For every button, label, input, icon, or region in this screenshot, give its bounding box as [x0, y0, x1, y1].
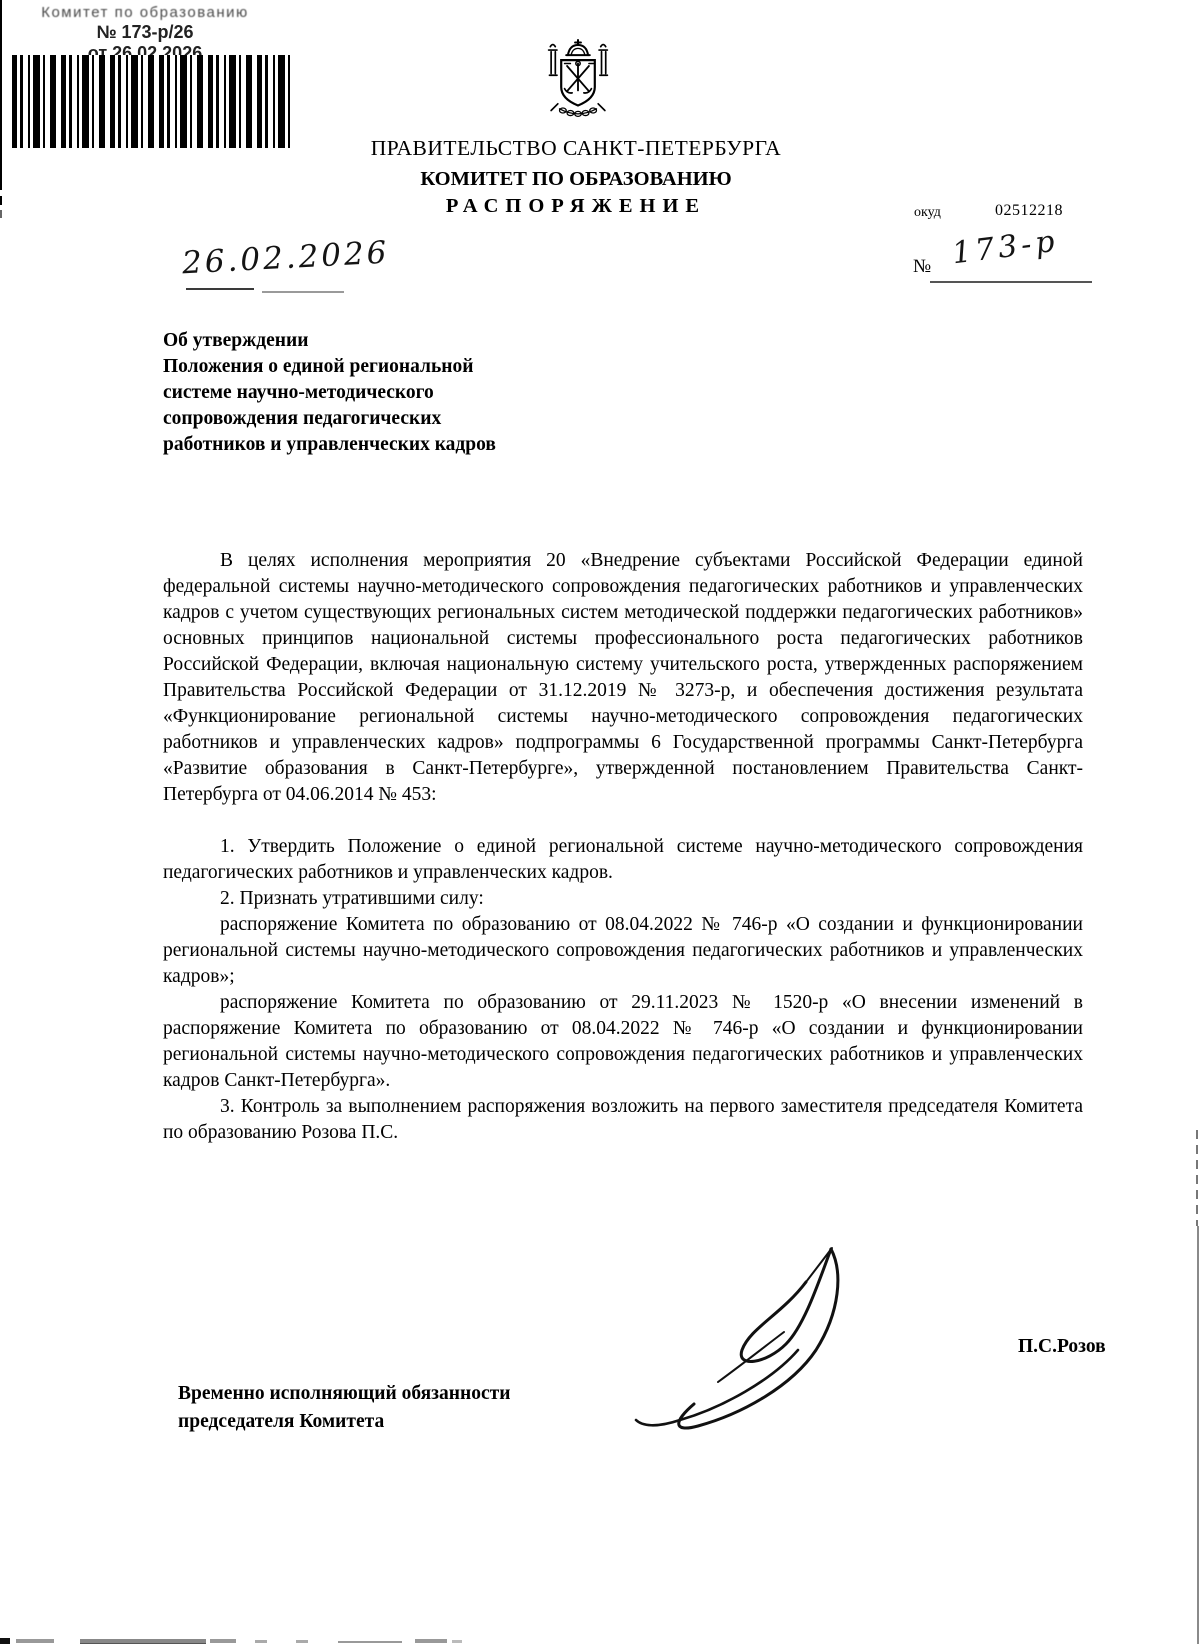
- number-label: №: [913, 256, 931, 278]
- scan-artifact-bottom: [210, 1639, 236, 1643]
- scan-artifact-bottom: [0, 1638, 10, 1644]
- stamp-committee-line: Комитет по образованию: [10, 4, 280, 21]
- signatory-title-line1: Временно исполняющий обязанности: [178, 1380, 510, 1408]
- barcode-icon: [12, 55, 290, 148]
- scan-artifact-right-line: [1197, 1226, 1199, 1644]
- number-underline: [930, 281, 1092, 283]
- coat-of-arms-icon: [536, 38, 620, 136]
- directive-item-2: 2. Признать утратившими силу:: [163, 886, 1083, 912]
- okud-value: 02512218: [995, 202, 1063, 220]
- subject-block: Об утверждении Положения о единой регион…: [163, 328, 723, 458]
- subject-line: сопровождения педагогических: [163, 406, 723, 432]
- date-handwritten: 26.02.2026: [181, 235, 390, 282]
- okud-label: окуд: [914, 205, 941, 221]
- scan-artifact-bottom: [255, 1640, 267, 1643]
- scan-artifact-left-dash: [0, 210, 2, 218]
- preamble-paragraph: В целях исполнения мероприятия 20 «Внедр…: [163, 548, 1083, 808]
- document-body: В целях исполнения мероприятия 20 «Внедр…: [163, 548, 1083, 1146]
- subject-line: Положения о единой региональной: [163, 354, 723, 380]
- subject-line: Об утверждении: [163, 328, 723, 354]
- scan-artifact-bottom: [296, 1640, 308, 1643]
- signatory-name: П.С.Розов: [1018, 1336, 1106, 1358]
- document-header: ПРАВИТЕЛЬСТВО САНКТ-ПЕТЕРБУРГА КОМИТЕТ П…: [176, 136, 976, 218]
- signatory-title: Временно исполняющий обязанности председ…: [178, 1380, 510, 1436]
- date-underline: [262, 291, 344, 293]
- scan-artifact-bottom: [338, 1641, 402, 1643]
- signatory-title-line2: председателя Комитета: [178, 1408, 510, 1436]
- subject-line: системе научно-методического: [163, 380, 723, 406]
- date-underline: [186, 288, 254, 290]
- scan-artifact-left-line: [0, 0, 2, 190]
- directive-item-3: 3. Контроль за выполнением распоряжения …: [163, 1094, 1083, 1146]
- committee-title: КОМИТЕТ ПО ОБРАЗОВАНИЮ: [176, 168, 976, 191]
- number-handwritten: 173-р: [950, 224, 1060, 272]
- document-page: Комитет по образованию № 173-р/26 от 26.…: [0, 0, 1200, 1644]
- directive-item-2b: распоряжение Комитета по образованию от …: [163, 990, 1083, 1094]
- stamp-number-line: № 173-р/26: [10, 22, 280, 43]
- directive-item-2a: распоряжение Комитета по образованию от …: [163, 912, 1083, 990]
- scan-artifact-bottom: [16, 1639, 54, 1643]
- scan-artifact-bottom: [452, 1640, 462, 1643]
- scan-artifact-bottom: [415, 1639, 447, 1643]
- scan-artifact-bottom: [80, 1639, 206, 1644]
- signature-icon: [600, 1232, 890, 1432]
- directive-item-1: 1. Утвердить Положение о единой регионал…: [163, 834, 1083, 886]
- scan-artifact-right-dashes: [1196, 1130, 1198, 1226]
- document-type-title: РАСПОРЯЖЕНИЕ: [176, 195, 976, 218]
- scan-artifact-left-dash: [0, 196, 2, 205]
- government-title: ПРАВИТЕЛЬСТВО САНКТ-ПЕТЕРБУРГА: [176, 136, 976, 161]
- subject-line: работников и управленческих кадров: [163, 432, 723, 458]
